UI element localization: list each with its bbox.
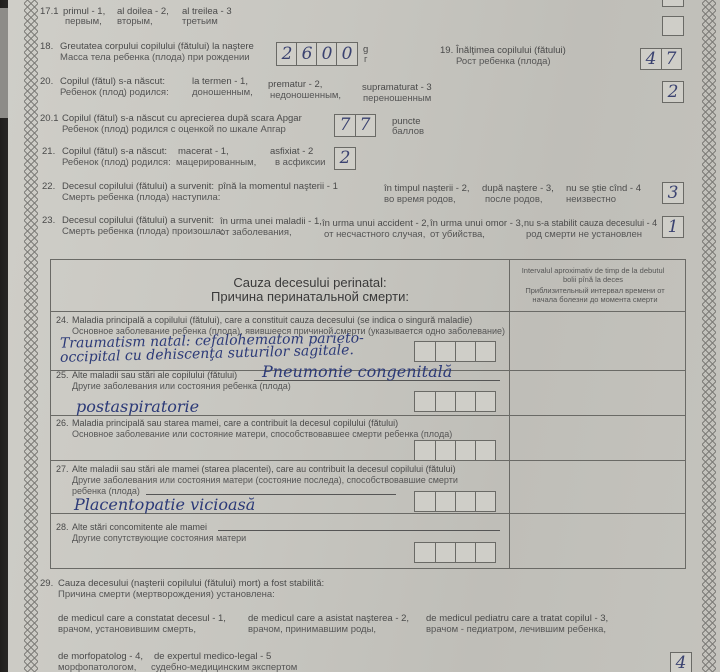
- q17-1-option-2-ru: вторым,: [117, 16, 153, 27]
- perforation-right: [702, 0, 716, 672]
- q22-answer: 3: [663, 183, 683, 203]
- q22-option-2-ru: во время родов,: [384, 194, 456, 205]
- q29-label-ru: Причина смерти (мертворождения) установл…: [58, 589, 275, 600]
- q29-answer: 4: [671, 653, 691, 672]
- q23-answer-box[interactable]: 1: [662, 216, 684, 238]
- row26-number: 26.: [56, 418, 69, 429]
- row25-number: 25.: [56, 370, 69, 381]
- apgar-field[interactable]: 7 7: [334, 114, 376, 137]
- q23-option-2-ru: от несчастного случая,: [324, 229, 425, 240]
- row27-label-ru: Другие заболевания или состояния матери …: [72, 475, 458, 486]
- weight-field[interactable]: 2 6 0 0: [276, 42, 358, 66]
- weight-digit: 0: [317, 44, 337, 64]
- apgar-unit-ru: баллов: [392, 126, 424, 137]
- table-header: Cauza decesului perinatal:: [230, 275, 390, 290]
- row26-label: Maladia principală sau starea mamei, car…: [72, 418, 398, 429]
- perforation-left: [24, 0, 38, 672]
- q20-option-1-ru: доношенным,: [192, 87, 253, 98]
- q23-option-4-ru: род смерти не установлен: [526, 229, 642, 240]
- q23-option-3: în urma unui omor - 3,: [430, 218, 523, 229]
- q20-1-label-ru: Ребенок (плод) родился с оценкой по шкал…: [62, 124, 286, 135]
- table-header-ru: Причина перинатальной смерти:: [210, 289, 410, 304]
- q22-option-4: nu se ştie cînd - 4: [566, 183, 641, 194]
- height-digit: 4: [641, 49, 661, 69]
- row28-code-field[interactable]: [414, 542, 496, 563]
- row28-label: Alte stări concomitente ale mamei: [72, 522, 207, 533]
- apgar-digit: 7: [355, 115, 375, 135]
- q22-option-2: în timpul naşterii - 2,: [384, 183, 470, 194]
- q23-option-4: nu s-a stabilit cauza decesului - 4: [524, 218, 657, 229]
- row24-label: Maladia principală a copilului (fătului)…: [72, 315, 472, 326]
- q19-label: Înălţimea copilului (fătului): [456, 45, 566, 56]
- height-field[interactable]: 4 7: [640, 48, 682, 70]
- q29-option-1: de medicul care a constatat decesul - 1,: [58, 613, 226, 624]
- q23-number: 23.: [42, 215, 55, 226]
- q22-label-ru: Смерть ребенка (плода) наступила:: [62, 192, 220, 203]
- q29-label: Cauza decesului (naşterii copilului (făt…: [58, 578, 324, 589]
- q19-number: 19.: [440, 45, 453, 56]
- row28-number: 28.: [56, 522, 69, 533]
- q22-option-4-ru: неизвестно: [566, 194, 616, 205]
- q17-1-number: 17.1: [40, 6, 59, 17]
- height-digit: 7: [661, 49, 681, 69]
- q20-1-number: 20.1: [40, 113, 59, 124]
- q23-option-2: în urma unui accident - 2,: [322, 218, 429, 229]
- row28-label-ru: Другие сопутствующие состояния матери: [72, 533, 246, 544]
- q23-label: Decesul copilului (fătului) a survenit:: [62, 215, 214, 226]
- q23-label-ru: Смерть ребенка (плода) произошла:: [62, 226, 224, 237]
- q20-option-3: supramaturat - 3: [362, 82, 432, 93]
- row25-label: Alte maladii sau stări ale copilului (fă…: [72, 370, 237, 381]
- q22-option-3: după naştere - 3,: [482, 183, 554, 194]
- row25-handwritten-2: postaspiratorie: [76, 397, 199, 416]
- q29-option-3-ru: врачом - педиатром, лечившим ребенка,: [426, 624, 606, 635]
- q29-option-5: de expertul medico-legal - 5: [154, 651, 271, 662]
- row27-code-field[interactable]: [414, 491, 496, 512]
- q23-option-1-ru: от заболевания,: [220, 227, 292, 238]
- q22-number: 22.: [42, 181, 55, 192]
- q20-label: Copilul (fătul) s-a născut:: [60, 76, 165, 87]
- q22-option-1: pînă la momentul naşterii - 1: [218, 181, 338, 192]
- q18-label: Greutatea corpului copilului (fătului) l…: [60, 41, 254, 52]
- row27-number: 27.: [56, 464, 69, 475]
- q17-1-option-3-ru: третьим: [182, 16, 218, 27]
- q29-option-2-ru: врачом, принимавшим роды,: [248, 624, 376, 635]
- q23-option-1: în urma unei maladii - 1,: [220, 216, 322, 227]
- q18-label-ru: Масса тела ребенка (плода) при рождении: [60, 52, 250, 63]
- weight-digit: 6: [297, 44, 317, 64]
- interval-header: Intervalul aproximativ de timp de la deb…: [518, 266, 668, 284]
- q18-number: 18.: [40, 41, 53, 52]
- q20-answer-box[interactable]: 2: [662, 81, 684, 103]
- row26-code-field[interactable]: [414, 440, 496, 461]
- q21-answer-box[interactable]: 2: [334, 147, 356, 170]
- q21-option-2: asfixiat - 2: [270, 146, 313, 157]
- q21-option-1-ru: мацерированным,: [176, 157, 256, 168]
- q29-option-5-ru: судебно-медицинским экспертом: [151, 662, 297, 672]
- q23-answer: 1: [663, 217, 683, 237]
- q21-option-2-ru: в асфиксии: [275, 157, 325, 168]
- q20-label-ru: Ребенок (плод) родился:: [60, 87, 169, 98]
- q29-answer-box[interactable]: 4: [670, 652, 692, 672]
- q29-option-4: de morfopatolog - 4,: [58, 651, 143, 662]
- weight-digit: 2: [277, 44, 297, 64]
- q20-option-2: prematur - 2,: [268, 79, 322, 90]
- q21-option-1: macerat - 1,: [178, 146, 229, 157]
- q17-1-option-1-ru: первым,: [65, 16, 102, 27]
- q20-number: 20.: [40, 76, 53, 87]
- row27-label: Alte maladii sau stări ale mamei (starea…: [72, 464, 456, 475]
- q29-option-4-ru: морфопатологом,: [58, 662, 136, 672]
- row24-number: 24.: [56, 315, 69, 326]
- q22-answer-box[interactable]: 3: [662, 182, 684, 204]
- q23-option-3-ru: от убийства,: [430, 229, 485, 240]
- q18-unit-ru: г: [364, 54, 367, 65]
- apgar-digit: 7: [335, 115, 355, 135]
- row26-label-ru: Основное заболевание или состояние матер…: [72, 429, 452, 440]
- q22-label: Decesul copilului (fătului) a survenit:: [62, 181, 214, 192]
- row25-code-field[interactable]: [414, 391, 496, 412]
- q21-label: Copilul (fătul) s-a născut:: [62, 146, 167, 157]
- row27-handwritten: Placentopatie vicioasă: [74, 495, 255, 514]
- q20-option-3-ru: переношенным: [363, 93, 431, 104]
- answer-box-17-1[interactable]: [662, 16, 684, 36]
- q29-option-1-ru: врачом, установившим смерть,: [58, 624, 196, 635]
- answer-box-prev[interactable]: [662, 0, 684, 7]
- q29-option-2: de medicul care a asistat naşterea - 2,: [248, 613, 409, 624]
- q21-number: 21.: [42, 146, 55, 157]
- weight-digit: 0: [337, 44, 357, 64]
- interval-header-ru: Приблизительный интервал времени от нача…: [512, 286, 678, 304]
- q20-1-label: Copilul (fătul) s-a născut cu aprecierea…: [62, 113, 302, 124]
- q20-answer: 2: [663, 82, 683, 102]
- q20-option-1: la termen - 1,: [192, 76, 248, 87]
- q19-label-ru: Рост ребенка (плода): [456, 56, 551, 67]
- row25-handwritten-1: Pneumonie congenitală: [262, 362, 452, 381]
- q21-answer: 2: [335, 148, 355, 168]
- q20-option-2-ru: недоношенным,: [270, 90, 341, 101]
- row25-label-ru: Другие заболевания или состояния ребенка…: [72, 381, 291, 392]
- q21-label-ru: Ребенок (плод) родился:: [62, 157, 171, 168]
- q22-option-3-ru: после родов,: [485, 194, 543, 205]
- row24-code-field[interactable]: [414, 341, 496, 362]
- q29-option-3: de medicul pediatru care a tratat copilu…: [426, 613, 608, 624]
- q29-number: 29.: [40, 578, 53, 589]
